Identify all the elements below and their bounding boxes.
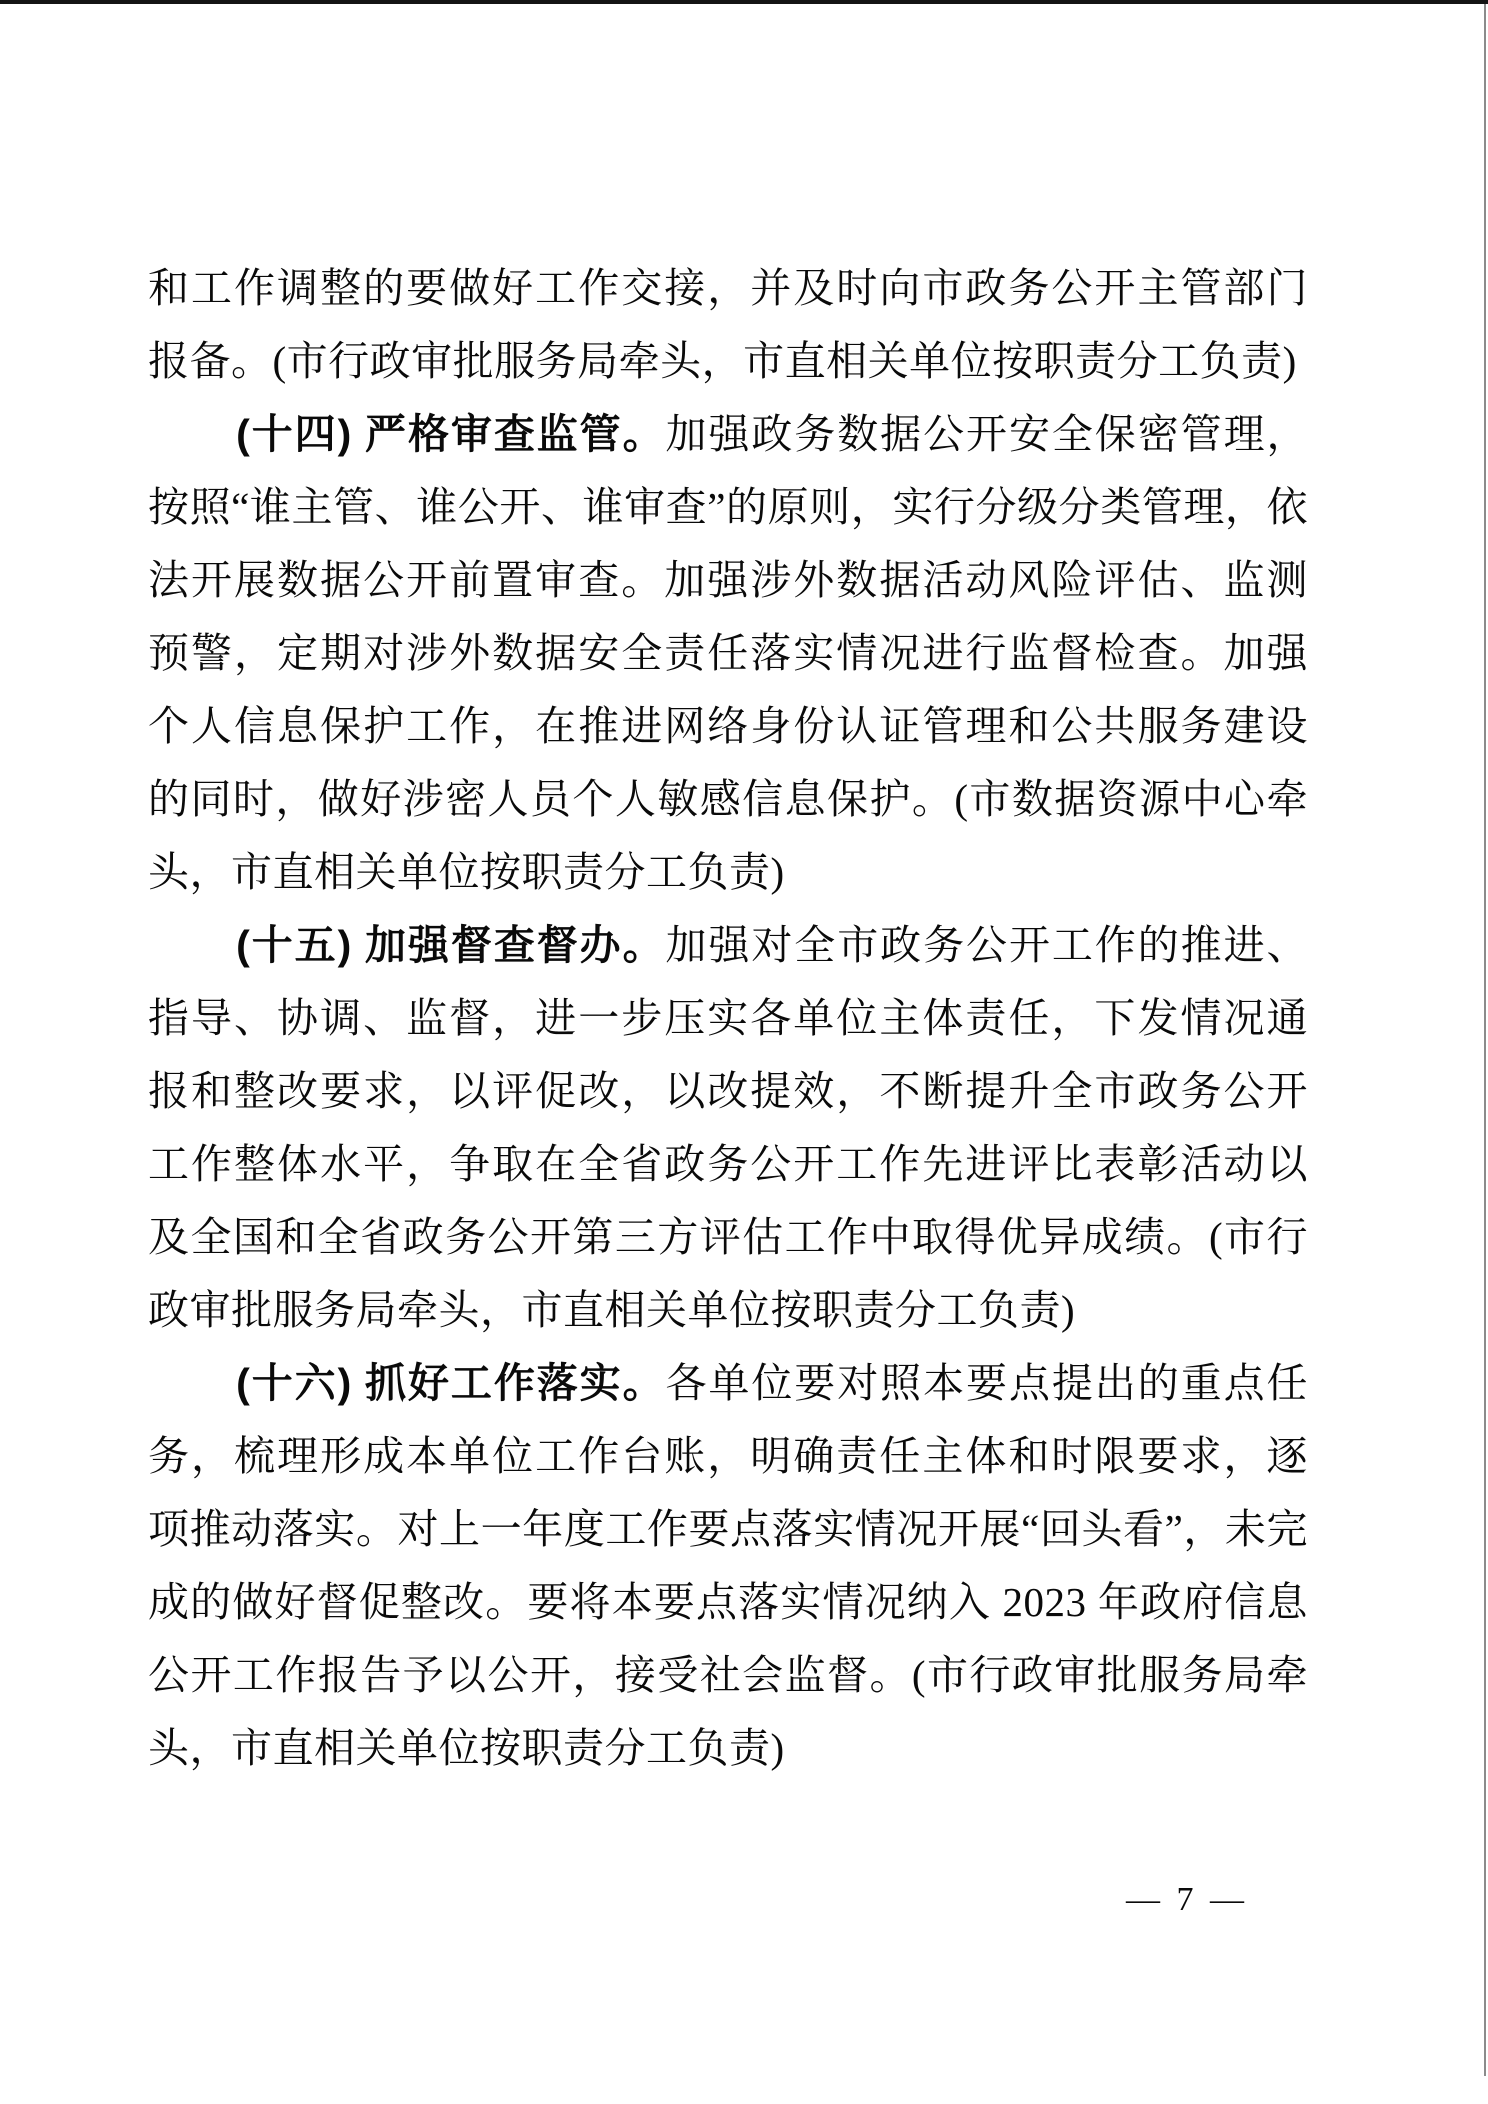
scan-edge-top	[0, 0, 1488, 4]
section-heading: (十四) 严格审查监管。	[236, 411, 665, 457]
paragraph: (十四) 严格审查监管。加强政务数据公开安全保密管理，按照“谁主管、谁公开、谁审…	[148, 398, 1308, 909]
paragraph-text: 加强对全市政务公开工作的推进、指导、协调、监督，进一步压实各单位主体责任，下发情…	[148, 922, 1308, 1333]
paragraph-text: 加强政务数据公开安全保密管理，按照“谁主管、谁公开、谁审查”的原则，实行分级分类…	[148, 411, 1308, 895]
paragraph-text: 各单位要对照本要点提出的重点任务，梳理形成本单位工作台账，明确责任主体和时限要求…	[148, 1360, 1308, 1771]
document-page: 和工作调整的要做好工作交接，并及时向市政务公开主管部门报备。(市行政审批服务局牵…	[0, 0, 1488, 2104]
section-heading: (十六) 抓好工作落实。	[236, 1360, 665, 1406]
paragraph: (十六) 抓好工作落实。各单位要对照本要点提出的重点任务，梳理形成本单位工作台账…	[148, 1347, 1308, 1785]
paragraph: (十五) 加强督查督办。加强对全市政务公开工作的推进、指导、协调、监督，进一步压…	[148, 909, 1308, 1347]
section-heading: (十五) 加强督查督办。	[236, 922, 665, 968]
page-number: — 7 —	[1126, 1880, 1248, 1920]
paragraph-text: 和工作调整的要做好工作交接，并及时向市政务公开主管部门报备。(市行政审批服务局牵…	[148, 265, 1308, 384]
paragraph: 和工作调整的要做好工作交接，并及时向市政务公开主管部门报备。(市行政审批服务局牵…	[148, 252, 1308, 398]
document-body: 和工作调整的要做好工作交接，并及时向市政务公开主管部门报备。(市行政审批服务局牵…	[148, 252, 1308, 1785]
scan-edge-right	[1484, 4, 1486, 2076]
